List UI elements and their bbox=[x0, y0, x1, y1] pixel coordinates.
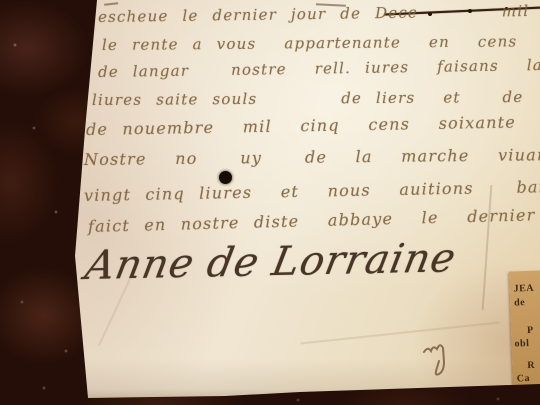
manuscript-line: liures saite souls de liers et de ce bbox=[92, 88, 540, 109]
paper-crease bbox=[300, 322, 499, 345]
manuscript-line: escheue le dernier jour de Dece mil six … bbox=[98, 1, 540, 26]
catalog-clipping: JEA de P obl R Ca bbox=[509, 270, 540, 385]
handwritten-signature: Anne de Lorraine bbox=[82, 235, 460, 289]
clipping-text: R bbox=[527, 359, 540, 372]
clipping-text: JEA bbox=[513, 282, 540, 295]
punch-hole bbox=[219, 171, 232, 184]
pen-flourish-mark bbox=[420, 334, 460, 380]
manuscript-line: Nostre no uy de la marche viuant au bbox=[84, 144, 540, 169]
clipping-text: obl bbox=[514, 337, 540, 350]
ink-fragment bbox=[104, 0, 118, 6]
manuscript-line: le rente a vous appartenante en cens qua bbox=[102, 32, 540, 54]
clipping-text: P bbox=[527, 324, 540, 337]
photograph-of-manuscript: escheue le dernier jour de Dece mil six … bbox=[0, 0, 540, 405]
manuscript-line: faict en nostre diste abbaye le dernier bbox=[88, 205, 536, 236]
manuscript-line: vingt cinq liures et nous auitions baill… bbox=[84, 177, 540, 205]
clipping-text: de bbox=[514, 296, 540, 309]
manuscript-paper: escheue le dernier jour de Dece mil six … bbox=[0, 0, 540, 405]
manuscript-line: de nouembre mil cinq cens soixante 24 bbox=[86, 111, 540, 139]
paper-crease bbox=[482, 185, 493, 310]
manuscript-line: de langar nostre rell. iures faisans lan… bbox=[98, 55, 540, 81]
clipping-text: Ca bbox=[517, 372, 540, 385]
